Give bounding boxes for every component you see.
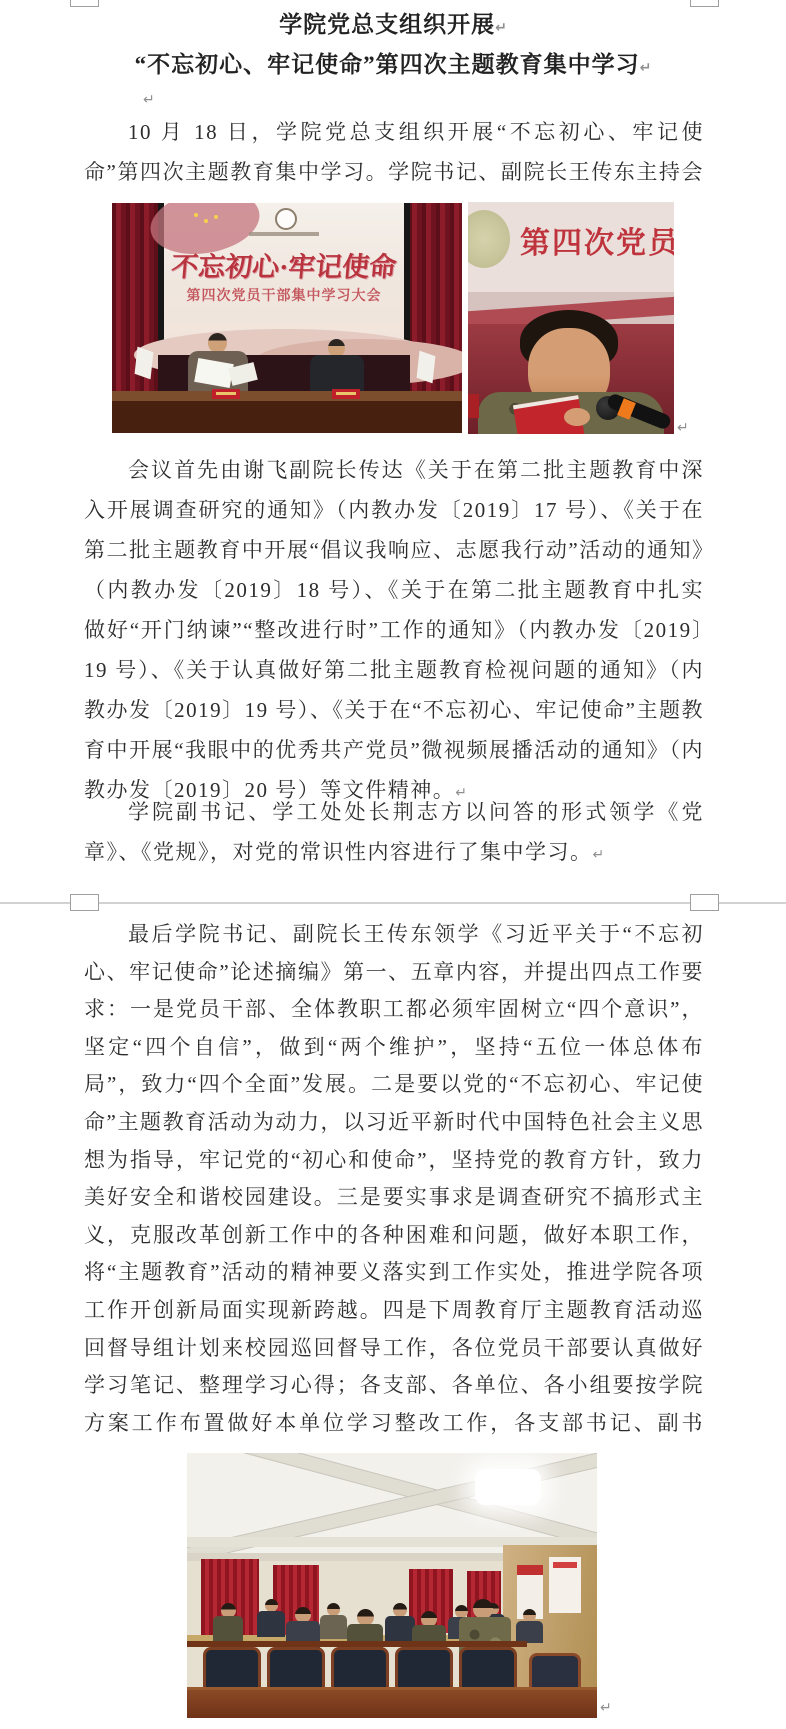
photo-audience-study[interactable] — [187, 1453, 597, 1718]
desk-row-front — [187, 1687, 597, 1718]
banner-text: 第四次党员 — [520, 218, 674, 262]
speaker-head — [208, 333, 227, 353]
attendee-body — [516, 1621, 543, 1643]
head-table-front — [112, 401, 462, 433]
word-document-page: 学院党总支组织开展↵ “不忘初心、牢记使命”第四次主题教育集中学习↵ ↵ 10 … — [0, 0, 786, 1729]
document-title-line1: 学院党总支组织开展↵ — [0, 6, 786, 39]
page-break-line — [0, 902, 786, 904]
attendee-head — [473, 1599, 493, 1619]
attendee-head — [393, 1603, 407, 1617]
title-text: “不忘初心、牢记使命”第四次主题教育集中学习 — [135, 52, 640, 77]
red-cup — [468, 394, 479, 418]
paragraph-party-rules: 学院副书记、学工处处长荆志方以问答的形式领学《党章》、《党规》，对党的常识性内容… — [84, 792, 704, 874]
table-flag — [135, 347, 154, 380]
paragraph-requirements: 最后学院书记、副院长王传东领学《习近平关于“不忘初心、牢记使命”论述摘编》第一、… — [84, 916, 704, 1446]
document-title-line2: “不忘初心、牢记使命”第四次主题教育集中学习↵ — [0, 46, 786, 79]
name-plate — [212, 389, 240, 399]
paragraph-mark-icon: ↵ — [593, 847, 605, 863]
screen-slogan-text: 不忘初心·牢记使命 — [162, 245, 405, 284]
speaker-body — [310, 355, 364, 393]
projection-screen: 不忘初心·牢记使命 第四次党员干部集中学习大会 — [158, 203, 410, 355]
ceiling-light — [475, 1469, 541, 1505]
head-table-top — [112, 391, 462, 401]
wall-poster — [549, 1557, 581, 1613]
title-text: 学院党总支组织开展 — [279, 12, 495, 37]
paragraph-text: 会议首先由谢飞副院长传达《关于在第二批主题教育中深入开展调查研究的通知》（内教办… — [84, 458, 704, 802]
table-flag — [417, 351, 436, 384]
screen-banner: 第四次党员 — [468, 202, 674, 292]
paragraph-mark-icon: ↵ — [677, 420, 689, 436]
college-logo-icon — [275, 208, 297, 230]
attendee-body — [385, 1616, 415, 1642]
speaker-hand — [564, 408, 590, 426]
paragraph-notices: 会议首先由谢飞副院长传达《关于在第二批主题教育中深入开展调查研究的通知》（内教办… — [84, 450, 704, 812]
paragraph-mark-icon: ↵ — [143, 92, 155, 108]
attendee-body — [257, 1611, 285, 1637]
paragraph-mark-icon: ↵ — [495, 20, 507, 36]
screen-subtitle-text: 第四次党员干部集中学习大会 — [164, 285, 404, 305]
photo-head-table-meeting[interactable]: 不忘初心·牢记使命 第四次党员干部集中学习大会 — [112, 203, 462, 433]
attendee-body — [320, 1615, 347, 1639]
logo-caption-line — [249, 232, 319, 236]
star-dots — [194, 213, 198, 217]
paragraph-mark-icon: ↵ — [640, 60, 652, 76]
artwork-blob — [468, 210, 510, 268]
name-plate — [332, 389, 360, 399]
paragraph-text: 10 月 18 日，学院党总支组织开展“不忘初心、牢记使命”第四次主题教育集中学… — [84, 120, 704, 192]
ceiling — [187, 1453, 597, 1559]
paragraph-mark-icon: ↵ — [600, 1700, 612, 1716]
paragraph-text: 最后学院书记、副院长王传东领学《习近平关于“不忘初心、牢记使命”论述摘编》第一、… — [84, 922, 704, 1446]
paragraph-text: 学院副书记、学工处处长荆志方以问答的形式领学《党章》、《党规》，对党的常识性内容… — [84, 800, 704, 864]
attendee-body — [213, 1616, 243, 1644]
paragraph-intro: 10 月 18 日，学院党总支组织开展“不忘初心、牢记使命”第四次主题教育集中学… — [84, 112, 704, 192]
page-break-right-margin-marker — [690, 894, 719, 911]
photo-speaker-reading[interactable]: 第四次党员 — [468, 202, 674, 434]
page-break-left-margin-marker — [70, 894, 99, 911]
